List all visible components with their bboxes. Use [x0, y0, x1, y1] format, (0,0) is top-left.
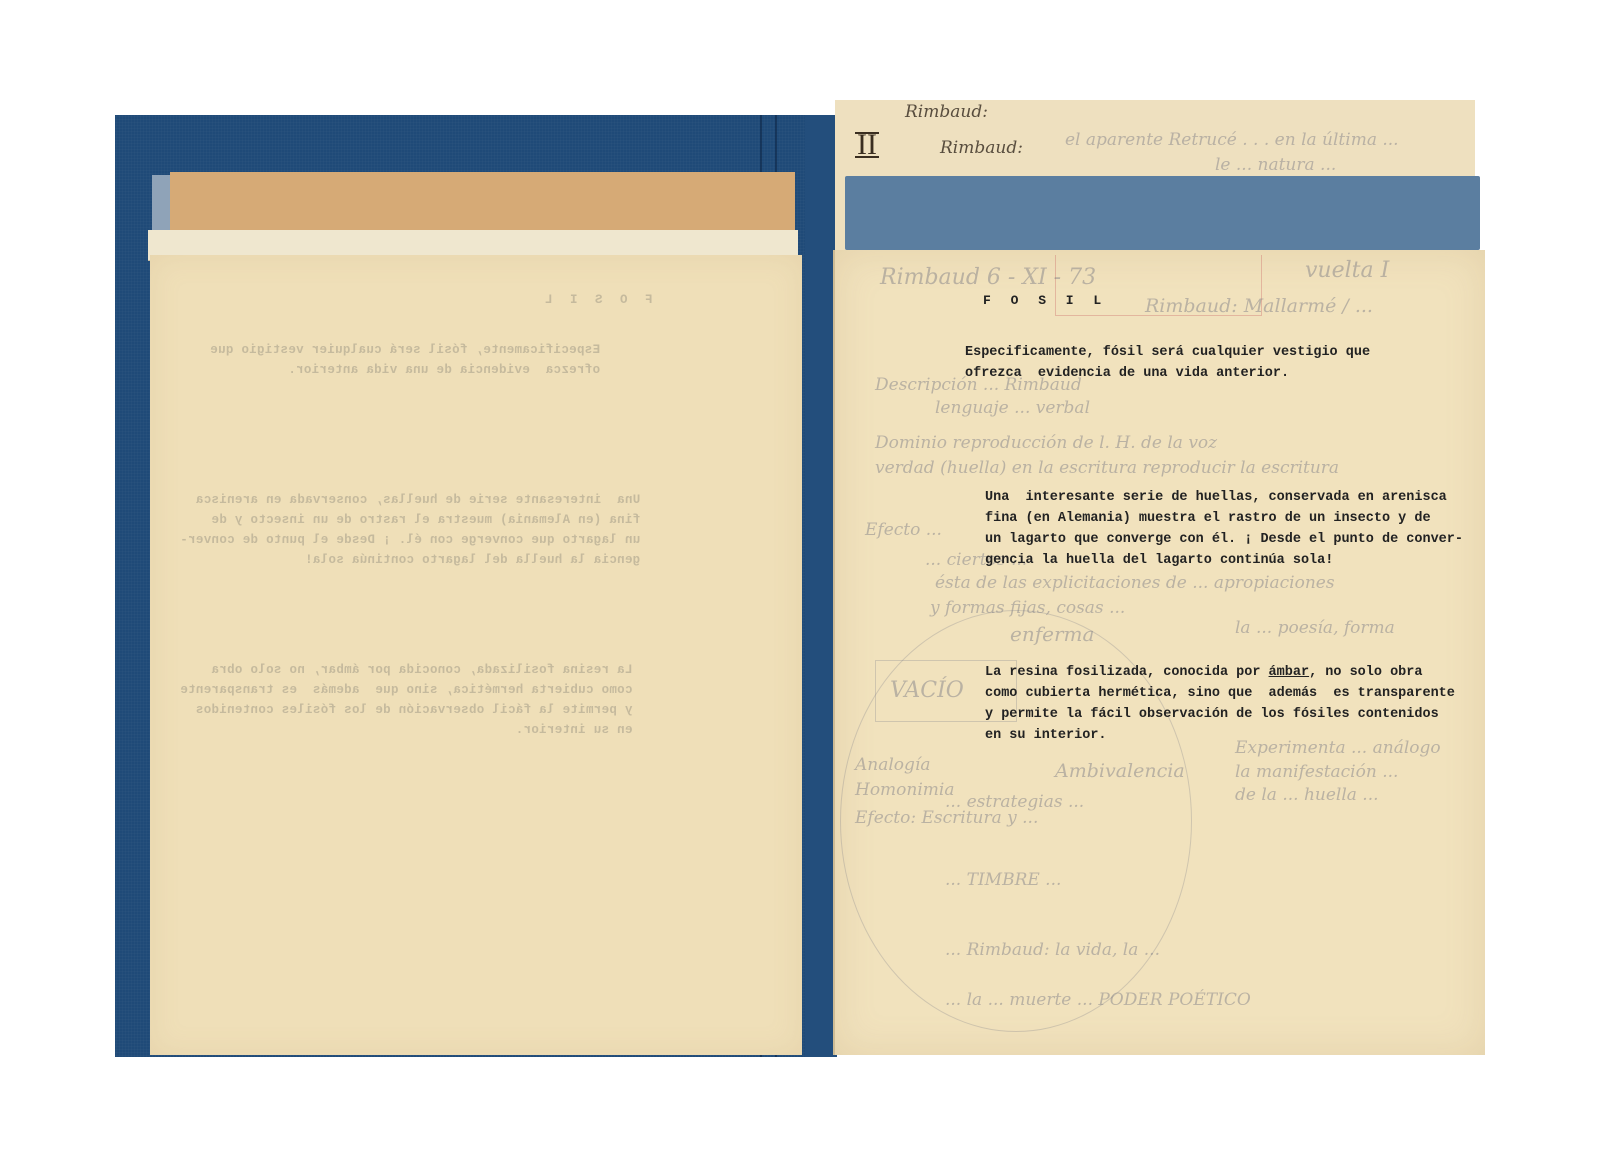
pencil-note: ... estrategias ... — [945, 792, 1084, 812]
typed-paragraph-2: Una interesante serie de huellas, conser… — [985, 487, 1463, 571]
handwriting: le ... natura ... — [1215, 155, 1336, 175]
right-page: Rimbaud 6 - XI - 73 vuelta I Rimbaud: Ma… — [833, 250, 1485, 1055]
left-page-show-through: F O S I L Especificamente, fósil será cu… — [150, 255, 802, 1055]
pencil-note: la ... poesía, forma — [1235, 618, 1395, 638]
mirrored-paragraph: Una interesante serie de huellas, conser… — [180, 490, 640, 570]
handwriting: Rimbaud: — [940, 138, 1023, 158]
underlined-word-ambar: ámbar — [1269, 665, 1310, 680]
handwriting: Rimbaud: — [905, 102, 988, 122]
mirrored-paragraph: La resina fosilizada, conocida por ámbar… — [180, 660, 632, 740]
pencil-note: ... TIMBRE ... — [945, 870, 1061, 890]
pencil-note: y formas fijas, cosas ... — [930, 598, 1125, 618]
paragraph-3-lead: La resina fosilizada, conocida por — [985, 665, 1269, 680]
mirrored-paragraph: Especificamente, fósil será cualquier ve… — [210, 340, 600, 380]
pencil-note: Homonimia — [855, 780, 955, 800]
pencil-note: VACÍO — [890, 678, 964, 703]
pencil-note: ésta de las explicitaciones de ... aprop… — [935, 573, 1335, 593]
pencil-note: ... Rimbaud: la vida, la ... — [945, 940, 1160, 960]
pencil-note: Ambivalencia — [1055, 760, 1185, 782]
pencil-note: lenguaje ... verbal — [935, 398, 1090, 418]
pencil-note: enferma — [1010, 622, 1094, 646]
handwriting: el aparente Retrucé . . . en la última .… — [1065, 130, 1399, 150]
pencil-note: vuelta I — [1305, 258, 1389, 283]
pencil-note: verdad (huella) en la escritura reproduc… — [875, 458, 1339, 478]
page-title: F O S I L — [983, 290, 1107, 311]
pencil-note: Dominio reproducción de l. H. de la voz — [875, 433, 1217, 453]
typed-paragraph-3: La resina fosilizada, conocida por ámbar… — [985, 662, 1455, 746]
pencil-note: de la ... huella ... — [1235, 785, 1379, 805]
typed-paragraph-1: Especificamente, fósil será cualquier ve… — [965, 342, 1370, 384]
mirrored-title: F O S I L — [540, 290, 653, 310]
pencil-note: ... la ... muerte ... PODER POÉTICO — [945, 990, 1251, 1010]
pencil-note: Rimbaud: Mallarmé / ... — [1145, 295, 1373, 317]
pencil-note: Rimbaud 6 - XI - 73 — [880, 265, 1096, 290]
pencil-note: Analogía — [855, 755, 931, 775]
grey-blue-sheet — [845, 176, 1480, 250]
roman-numeral: II — [855, 132, 879, 158]
pencil-note: la manifestación ... — [1235, 762, 1398, 782]
pencil-note: Efecto ... — [865, 520, 942, 540]
